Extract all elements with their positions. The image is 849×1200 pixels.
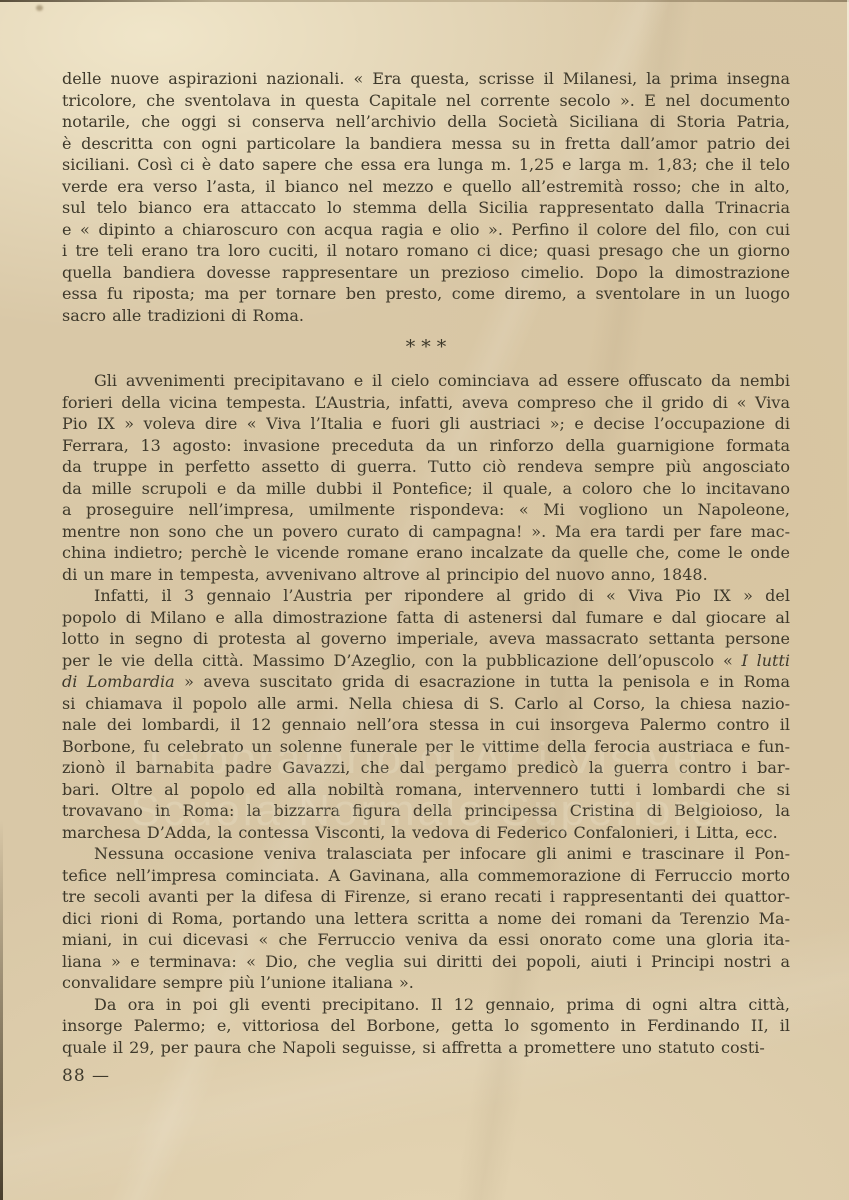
text-line: Ferrara, 13 agosto: invasione preceduta … — [62, 435, 790, 457]
text-run: lotto in segno di protesta al governo im… — [62, 629, 790, 648]
text-line: dici rioni di Roma, portando una lettera… — [62, 908, 790, 930]
text-run: Borbone, fu celebrato un solenne funeral… — [62, 737, 790, 756]
text-run: convalidare sempre più l’unione italiana… — [62, 973, 414, 992]
text-line: insorge Palermo; e, vittoriosa del Borbo… — [62, 1015, 790, 1037]
text-run: nale dei lombardi, il 12 gennaio nell’or… — [62, 715, 790, 734]
text-line: delle nuove aspirazioni nazionali. « Era… — [62, 68, 790, 90]
paragraph: Nessuna occasione veniva tralasciata per… — [62, 843, 790, 994]
text-run: dici rioni di Roma, portando una lettera… — [62, 909, 790, 928]
text-line: forieri della vicina tempesta. L’Austria… — [62, 392, 790, 414]
paragraph: Infatti, il 3 gennaio l’Austria per ripo… — [62, 585, 790, 843]
text-run: popolo di Milano e alla dimostrazione fa… — [62, 608, 790, 627]
text-run: Nessuna occasione veniva tralasciata per… — [94, 844, 790, 863]
text-run: è descritta con ogni particolare la band… — [62, 134, 790, 153]
text-line: di Lombardia » aveva suscitato grida di … — [62, 671, 790, 693]
text-line: Infatti, il 3 gennaio l’Austria per ripo… — [62, 585, 790, 607]
text-run: marchesa D’Adda, la contessa Visconti, l… — [62, 823, 778, 842]
text-run: tre secoli avanti per la difesa di Firen… — [62, 887, 790, 906]
text-line: marchesa D’Adda, la contessa Visconti, l… — [62, 822, 790, 844]
text-line: mentre non sono che un povero curato di … — [62, 521, 790, 543]
text-run: da truppe in perfetto assetto di guerra.… — [62, 457, 790, 476]
text-line: zionò il barnabita padre Gavazzi, che da… — [62, 757, 790, 779]
text-line: convalidare sempre più l’unione italiana… — [62, 972, 790, 994]
text-line: miani, in cui dicevasi « che Ferruccio v… — [62, 929, 790, 951]
text-run: per le vie della città. Massimo D’Azegli… — [62, 651, 742, 670]
text-line: tre secoli avanti per la difesa di Firen… — [62, 886, 790, 908]
text-line: Gli avvenimenti precipitavano e il cielo… — [62, 370, 790, 392]
text-line: Borbone, fu celebrato un solenne funeral… — [62, 736, 790, 758]
text-run: » aveva suscitato grida di esacrazione i… — [175, 672, 790, 691]
text-line: quale il 29, per paura che Napoli seguis… — [62, 1037, 790, 1059]
text-line: e « dipinto a chiaroscuro con acqua ragi… — [62, 219, 790, 241]
text-line: da mille scrupoli e da mille dubbi il Po… — [62, 478, 790, 500]
text-line: liana » e terminava: « Dio, che veglia s… — [62, 951, 790, 973]
text-run: forieri della vicina tempesta. L’Austria… — [62, 393, 790, 412]
text-line: da truppe in perfetto assetto di guerra.… — [62, 456, 790, 478]
text-line: Nessuna occasione veniva tralasciata per… — [62, 843, 790, 865]
text-run: si chiamava il popolo alle armi. Nella c… — [62, 694, 790, 713]
text-run: delle nuove aspirazioni nazionali. « Era… — [62, 69, 790, 88]
page-scan: delle nuove aspirazioni nazionali. « Era… — [0, 0, 849, 1200]
text-run: i tre teli erano tra loro cuciti, il not… — [62, 241, 790, 260]
text-line: si chiamava il popolo alle armi. Nella c… — [62, 693, 790, 715]
text-line: sacro alle tradizioni di Roma. — [62, 305, 790, 327]
text-line: china indietro; perchè le vicende romane… — [62, 542, 790, 564]
text-line: siciliani. Così ci è dato sapere che ess… — [62, 154, 790, 176]
text-run: quella bandiera dovesse rappresentare un… — [62, 263, 790, 282]
text-run: bari. Oltre al popolo ed alla nobiltà ro… — [62, 780, 790, 799]
text-line: Pio IX » voleva dire « Viva l’Italia e f… — [62, 413, 790, 435]
text-line: lotto in segno di protesta al governo im… — [62, 628, 790, 650]
text-run: zionò il barnabita padre Gavazzi, che da… — [62, 758, 790, 777]
text-run: Infatti, il 3 gennaio l’Austria per ripo… — [94, 586, 790, 605]
page-number: 88 — — [62, 1066, 110, 1086]
italic-text-run: I lutti — [742, 651, 791, 670]
paragraph: Gli avvenimenti precipitavano e il cielo… — [62, 370, 790, 585]
text-line: per le vie della città. Massimo D’Azegli… — [62, 650, 790, 672]
text-run: Gli avvenimenti precipitavano e il cielo… — [94, 371, 790, 390]
text-run: e « dipinto a chiaroscuro con acqua ragi… — [62, 220, 790, 239]
text-line: i tre teli erano tra loro cuciti, il not… — [62, 240, 790, 262]
paper-blemish — [36, 5, 43, 11]
text-run: tricolore, che sventolava in questa Capi… — [62, 91, 790, 110]
text-line: bari. Oltre al popolo ed alla nobiltà ro… — [62, 779, 790, 801]
text-run: sul telo bianco era attaccato lo stemma … — [62, 198, 790, 217]
text-column: delle nuove aspirazioni nazionali. « Era… — [62, 68, 790, 1058]
text-run: miani, in cui dicevasi « che Ferruccio v… — [62, 930, 790, 949]
text-run: notarile, che oggi si conserva nell’arch… — [62, 112, 790, 131]
text-run: a proseguire nell’impresa, umilmente ris… — [62, 500, 790, 519]
text-run: tefice nell’impresa cominciata. A Gavina… — [62, 866, 790, 885]
text-line: quella bandiera dovesse rappresentare un… — [62, 262, 790, 284]
text-run: Pio IX » voleva dire « Viva l’Italia e f… — [62, 414, 790, 433]
text-line: Da ora in poi gli eventi precipitano. Il… — [62, 994, 790, 1016]
scan-edge-top — [0, 0, 849, 2]
text-line: trovavano in Roma: la bizzarra figura de… — [62, 800, 790, 822]
text-line: essa fu riposta; ma per tornare ben pres… — [62, 283, 790, 305]
text-line: di un mare in tempesta, avvenivano altro… — [62, 564, 790, 586]
text-line: popolo di Milano e alla dimostrazione fa… — [62, 607, 790, 629]
paragraph: delle nuove aspirazioni nazionali. « Era… — [62, 68, 790, 326]
text-run: essa fu riposta; ma per tornare ben pres… — [62, 284, 790, 303]
text-run: trovavano in Roma: la bizzarra figura de… — [62, 801, 790, 820]
text-run: quale il 29, per paura che Napoli seguis… — [62, 1038, 765, 1057]
italic-text-run: di Lombardia — [62, 672, 175, 691]
text-line: verde era verso l’asta, il bianco nel me… — [62, 176, 790, 198]
text-line: è descritta con ogni particolare la band… — [62, 133, 790, 155]
text-run: china indietro; perchè le vicende romane… — [62, 543, 790, 562]
text-run: Ferrara, 13 agosto: invasione preceduta … — [62, 436, 790, 455]
text-run: sacro alle tradizioni di Roma. — [62, 306, 304, 325]
text-line: tefice nell’impresa cominciata. A Gavina… — [62, 865, 790, 887]
text-line: a proseguire nell’impresa, umilmente ris… — [62, 499, 790, 521]
scan-edge-left — [0, 820, 3, 1200]
text-run: da mille scrupoli e da mille dubbi il Po… — [62, 479, 790, 498]
text-run: verde era verso l’asta, il bianco nel me… — [62, 177, 790, 196]
text-run: liana » e terminava: « Dio, che veglia s… — [62, 952, 790, 971]
text-run: insorge Palermo; e, vittoriosa del Borbo… — [62, 1016, 790, 1035]
text-line: nale dei lombardi, il 12 gennaio nell’or… — [62, 714, 790, 736]
text-line: notarile, che oggi si conserva nell’arch… — [62, 111, 790, 133]
text-line: tricolore, che sventolava in questa Capi… — [62, 90, 790, 112]
text-run: Da ora in poi gli eventi precipitano. Il… — [94, 995, 790, 1014]
text-run: siciliani. Così ci è dato sapere che ess… — [62, 155, 790, 174]
text-run: mentre non sono che un povero curato di … — [62, 522, 790, 541]
section-separator: *** — [62, 326, 790, 370]
text-run: di un mare in tempesta, avvenivano altro… — [62, 565, 708, 584]
paragraph: Da ora in poi gli eventi precipitano. Il… — [62, 994, 790, 1059]
text-line: sul telo bianco era attaccato lo stemma … — [62, 197, 790, 219]
